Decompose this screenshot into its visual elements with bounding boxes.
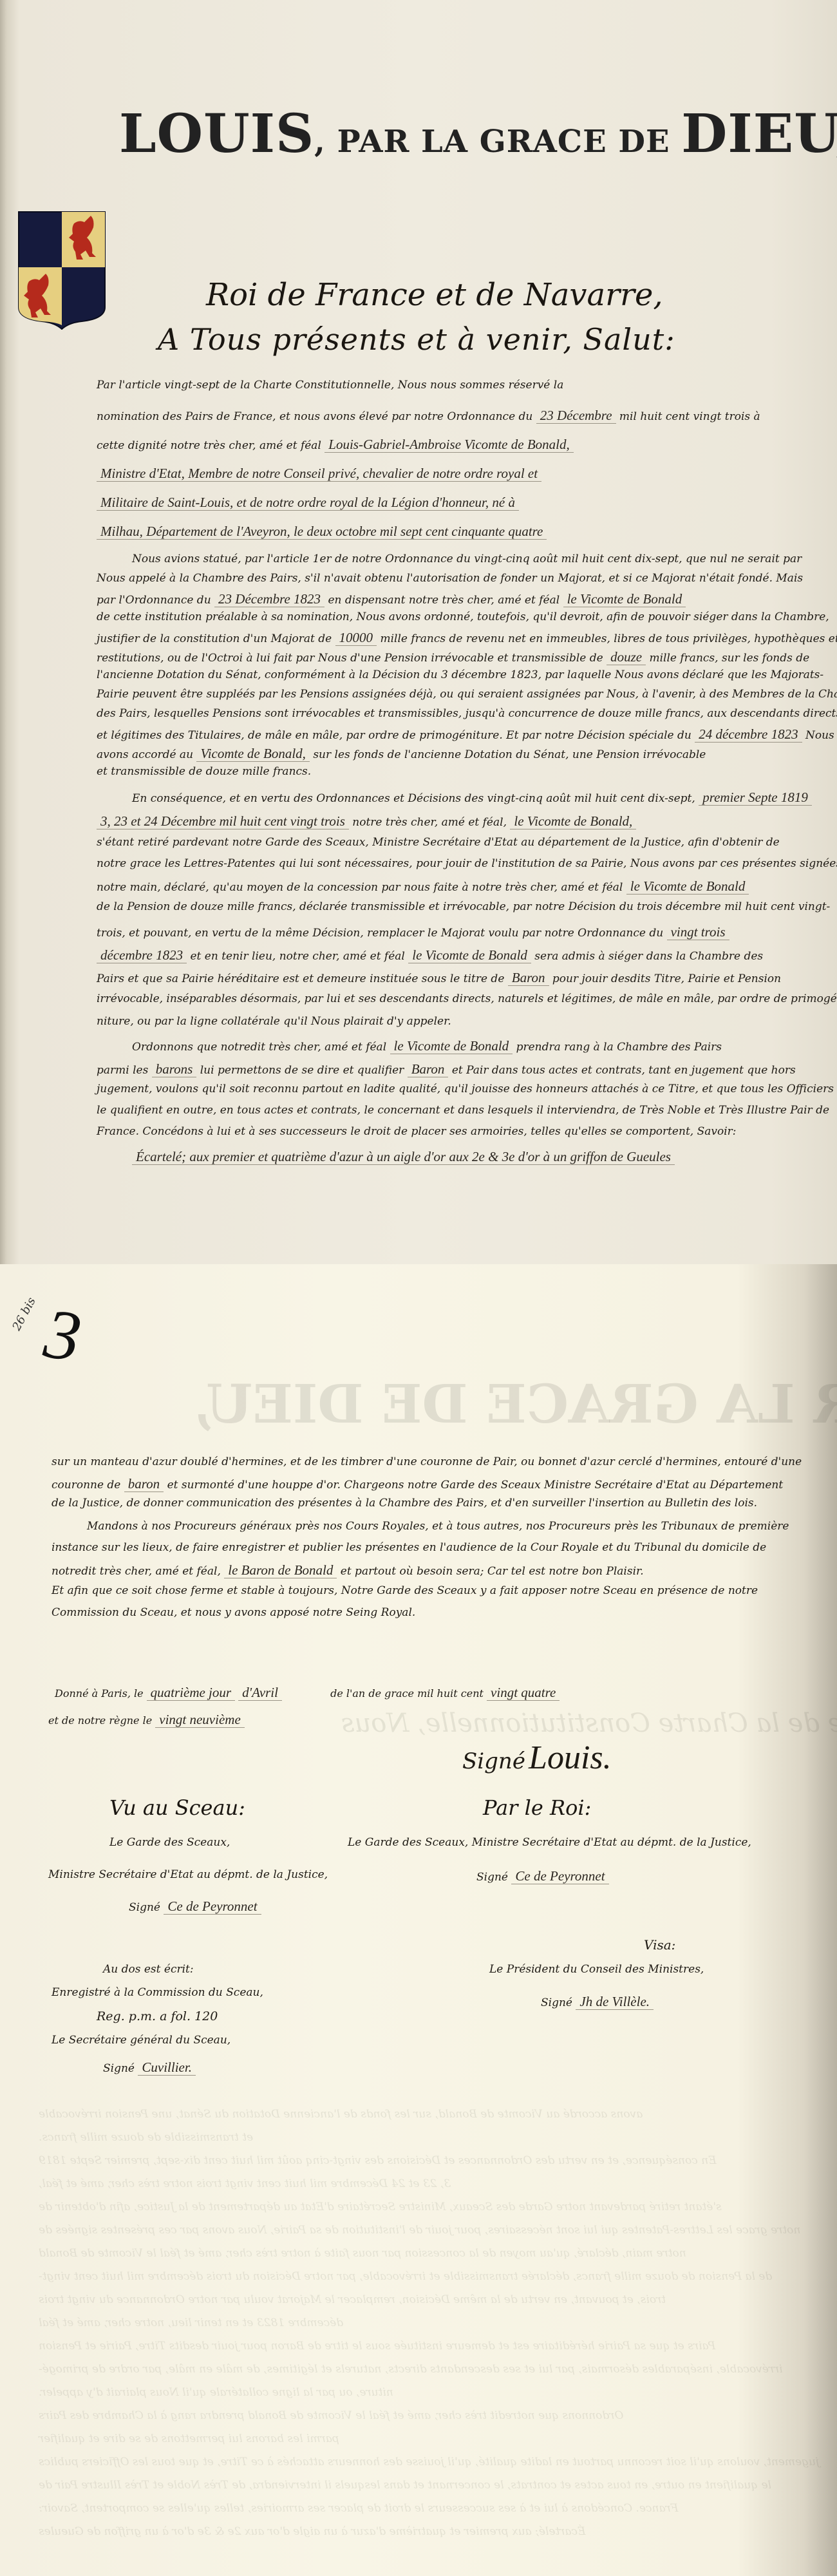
text-line: irrévocable, inséparables désormais, par… — [97, 994, 837, 1005]
text-line: et légitimes des Titulaires, de mâle en … — [97, 728, 834, 741]
text-line: avons accordé au Vicomte de Bonald, sur … — [97, 747, 706, 761]
royal-title: LOUIS, PAR LA GRACE DE DIEU, — [119, 103, 814, 165]
text-line: par l'Ordonnance du 23 Décembre 1823 en … — [97, 592, 686, 606]
text-line: notredit très cher, amé et féal, le Baro… — [52, 1564, 644, 1577]
text-line: justifier de la constitution d'un Majora… — [97, 631, 837, 645]
text-line: parmi les barons lui permettons de se di… — [97, 1063, 796, 1076]
text-line: Militaire de Saint-Louis, et de notre or… — [97, 496, 519, 509]
left-signature: Signé Ce de Peyronnet — [129, 1900, 261, 1913]
dieu-text: DIEU — [681, 103, 836, 165]
text-line: Milhau, Département de l'Aveyron, le deu… — [97, 525, 547, 538]
text-line: Pairs et que sa Pairie héréditaire est e… — [97, 971, 781, 985]
king-name: LOUIS — [119, 103, 314, 165]
coat-of-arms-icon — [17, 211, 106, 330]
royal-signature: Signé Louis. — [462, 1739, 612, 1777]
register-reference: Reg. p.m. a fol. 120 — [97, 2011, 218, 2023]
text-line: Mandons à nos Procureurs généraux près n… — [87, 1521, 789, 1532]
text-line: de la Pension de douze mille francs, déc… — [97, 902, 830, 913]
text-line: Écartelé; aux premier et quatrième d'azu… — [132, 1150, 675, 1164]
right-signature: Signé Ce de Peyronnet — [476, 1870, 609, 1883]
visa-signature: Signé Jh de Villèle. — [541, 1995, 654, 2009]
text-line: et transmissible de douze mille francs. — [97, 766, 311, 777]
dating-day: quatrième jour — [147, 1685, 235, 1701]
text-line: Pairie peuvent être suppléés par les Pen… — [97, 689, 837, 700]
text-line: Nous appelé à la Chambre des Pairs, s'il… — [97, 573, 803, 584]
text-line: de la Justice, de donner communication d… — [52, 1498, 757, 1509]
text-line: En conséquence, et en vertu des Ordonnan… — [132, 791, 812, 804]
text-line: l'ancienne Dotation du Sénat, conforméme… — [97, 670, 823, 681]
dating-month: d'Avril — [238, 1685, 282, 1701]
visa-heading: Visa: — [644, 1938, 675, 1951]
page-1: LOUIS, PAR LA GRACE DE DIEU, Roi de Fran… — [0, 0, 837, 1264]
au-dos-heading: Au dos est écrit: — [103, 1964, 194, 1975]
par-le-roi-heading: Par le Roi: — [483, 1795, 591, 1820]
text-line: s'étant retiré pardevant notre Garde des… — [97, 837, 780, 848]
text-line: sur un manteau d'azur doublé d'hermines,… — [52, 1457, 802, 1468]
text-line: instance sur les lieux, de faire enregis… — [52, 1542, 766, 1553]
text-line: niture, ou par la ligne collatérale qu'i… — [97, 1016, 451, 1027]
text-line: notre grace les Lettres-Patentes qui lui… — [97, 858, 837, 869]
dating-year: vingt quatre — [487, 1685, 560, 1701]
text-line: Nous avions statué, par l'article 1er de… — [132, 554, 802, 565]
salutation: A Tous présents et à venir, Salut: — [158, 322, 675, 357]
text-line: restitutions, ou de l'Octroi à lui fait … — [97, 650, 809, 664]
reign-year: vingt neuvième — [155, 1712, 245, 1728]
text-line: Ministre d'Etat, Membre de notre Conseil… — [97, 467, 541, 480]
text-line: cette dignité notre très cher, amé et fé… — [97, 438, 574, 451]
text-line: Et afin que ce soit chose ferme et stabl… — [52, 1586, 758, 1596]
grace-text: , PAR LA GRACE DE — [314, 124, 681, 160]
text-line: décembre 1823 et en tenir lieu, notre ch… — [97, 949, 763, 962]
reign-line: et de notre règne le vingt neuvième — [48, 1713, 245, 1727]
text-line: couronne de baron et surmonté d'une houp… — [52, 1477, 783, 1491]
signature-louis: Louis. — [529, 1739, 612, 1776]
registration-signature: Signé Cuvillier. — [103, 2061, 196, 2074]
dating-line: Donné à Paris, le quatrième jour d'Avril… — [55, 1686, 560, 1700]
text-line: Par l'article vingt-sept de la Charte Co… — [97, 380, 563, 391]
subtitle-roi-de-france: Roi de France et de Navarre, — [206, 277, 663, 313]
text-line: trois, et pouvant, en vertu de la même D… — [97, 925, 729, 939]
text-line: Commission du Sceau, et nous y avons app… — [52, 1607, 415, 1618]
text-line: Ordonnons que notredit très cher, amé et… — [132, 1039, 722, 1053]
text-line: nomination des Pairs de France, et nous … — [97, 409, 760, 422]
bleed-through-title: LOUIS, PAR LA GRACE DE DIEU, — [193, 1374, 837, 1435]
text-line: des Pairs, lesquelles Pensions sont irré… — [97, 708, 837, 719]
text-line: France. Concédons à lui et à ses success… — [97, 1126, 737, 1137]
text-line: 3, 23 et 24 Décembre mil huit cent vingt… — [97, 815, 636, 828]
text-line: notre main, déclaré, qu'au moyen de la c… — [97, 880, 749, 893]
text-line: jugement, voulons qu'il soit reconnu par… — [97, 1084, 837, 1095]
text-line: le qualifient en outre, en tous actes et… — [97, 1105, 829, 1116]
text-line: de cette institution préalable à sa nomi… — [97, 612, 829, 623]
vu-au-sceau-heading: Vu au Sceau: — [109, 1795, 245, 1820]
